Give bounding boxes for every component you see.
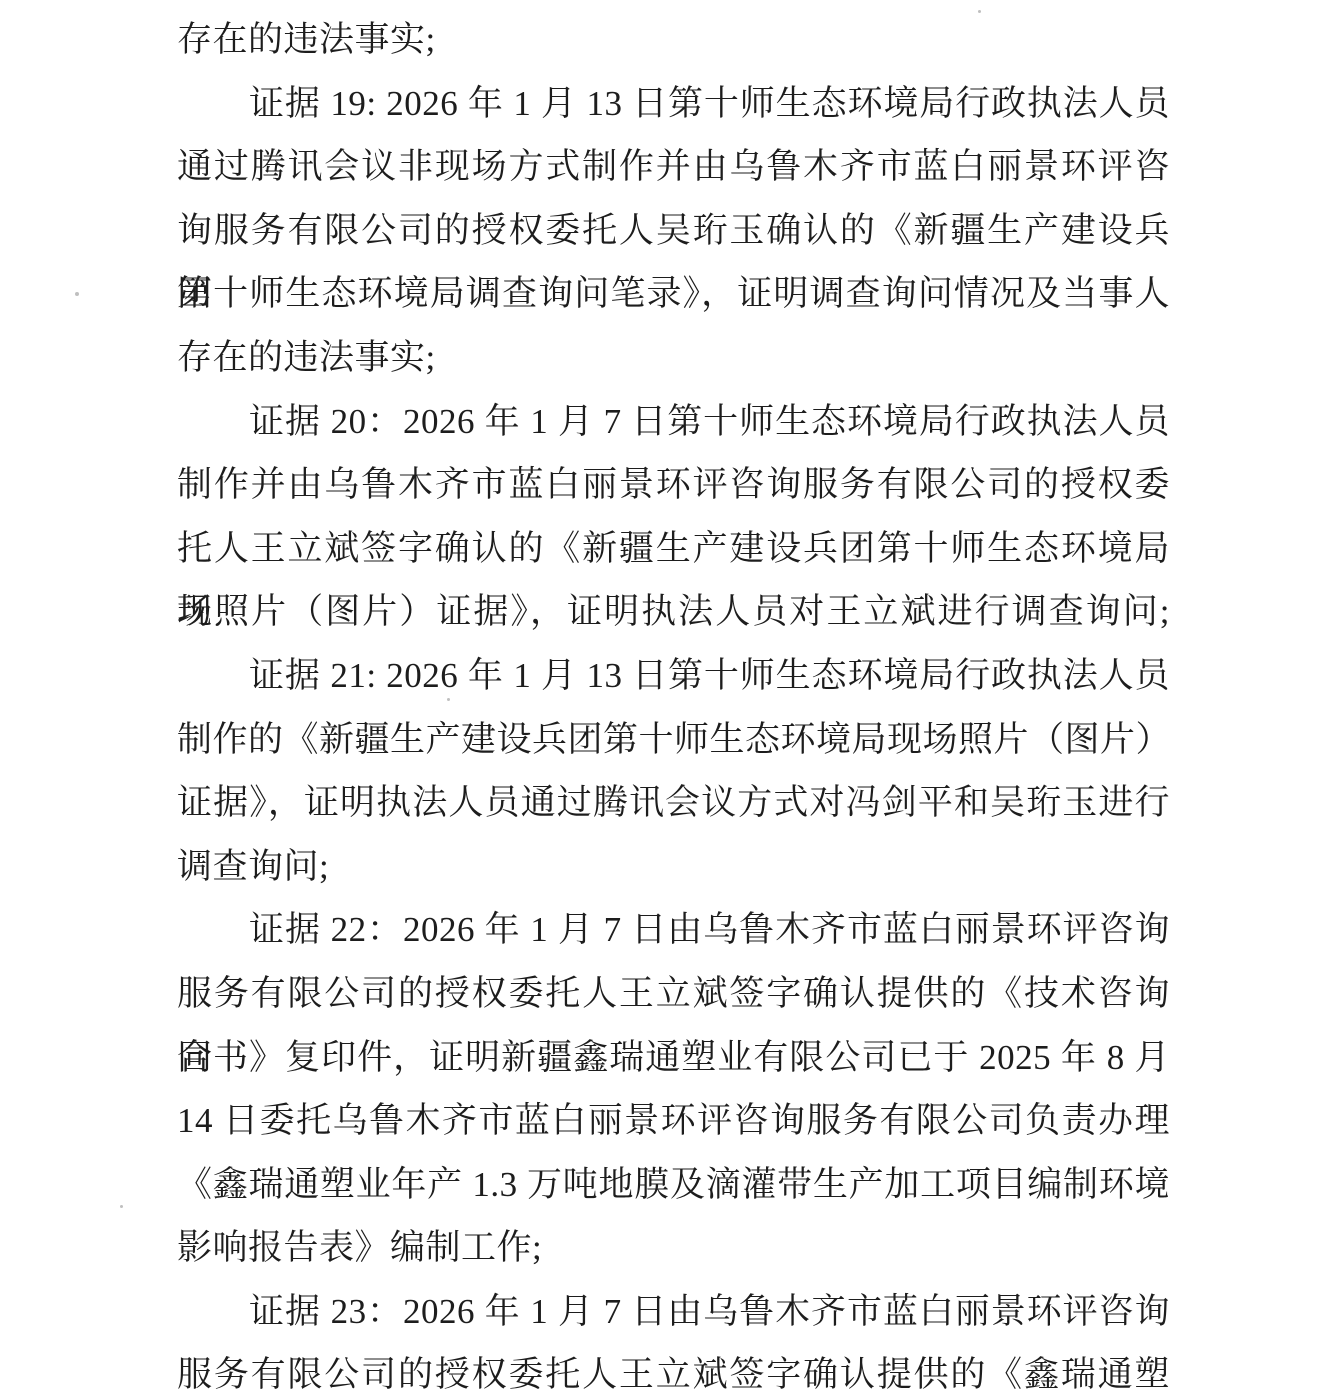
text-line: 14 日委托乌鲁木齐市蓝白丽景环评咨询服务有限公司负责办理 (177, 1089, 1170, 1153)
text-line: 通过腾讯会议非现场方式制作并由乌鲁木齐市蓝白丽景环评咨 (177, 135, 1170, 199)
para-evidence-22: 证据 22：2026 年 1 月 7 日由乌鲁木齐市蓝白丽景环评咨询服务有限公司… (177, 898, 1170, 1280)
text-line: 服务有限公司的授权委托人王立斌签字确认提供的《鑫瑞通塑业 (177, 1343, 1170, 1400)
text-line: 托人王立斌签字确认的《新疆生产建设兵团第十师生态环境局现 (177, 517, 1170, 581)
text-line: 第十师生态环境局调查询问笔录》，证明调查询问情况及当事人 (177, 262, 1170, 326)
text-line: 证据 20：2026 年 1 月 7 日第十师生态环境局行政执法人员 (177, 390, 1170, 454)
text-line: 服务有限公司的授权委托人王立斌签字确认提供的《技术咨询合 (177, 962, 1170, 1026)
para-evidence-20: 证据 20：2026 年 1 月 7 日第十师生态环境局行政执法人员制作并由乌鲁… (177, 390, 1170, 644)
text-line: 询服务有限公司的授权委托人吴珩玉确认的《新疆生产建设兵团 (177, 199, 1170, 263)
para-evidence-21: 证据 21: 2026 年 1 月 13 日第十师生态环境局行政执法人员制作的《… (177, 644, 1170, 898)
text-line: 证据 23：2026 年 1 月 7 日由乌鲁木齐市蓝白丽景环评咨询 (177, 1280, 1170, 1344)
scan-speck (75, 292, 79, 296)
text-line: 证据》，证明执法人员通过腾讯会议方式对冯剑平和吴珩玉进行 (177, 771, 1170, 835)
scan-speck (120, 1205, 123, 1208)
text-line: 证据 21: 2026 年 1 月 13 日第十师生态环境局行政执法人员 (177, 644, 1170, 708)
para-evidence-19: 证据 19: 2026 年 1 月 13 日第十师生态环境局行政执法人员通过腾讯… (177, 72, 1170, 390)
text-line: 制作的《新疆生产建设兵团第十师生态环境局现场照片（图片） (177, 708, 1170, 772)
scan-speck (978, 10, 981, 13)
text-line: 制作并由乌鲁木齐市蓝白丽景环评咨询服务有限公司的授权委 (177, 453, 1170, 517)
text-line: 调查询问; (177, 835, 1170, 899)
text-line: 存在的违法事实; (177, 8, 1170, 72)
text-line: 《鑫瑞通塑业年产 1.3 万吨地膜及滴灌带生产加工项目编制环境 (177, 1153, 1170, 1217)
document-page: 存在的违法事实;证据 19: 2026 年 1 月 13 日第十师生态环境局行政… (177, 8, 1170, 1400)
text-line: 证据 22：2026 年 1 月 7 日由乌鲁木齐市蓝白丽景环评咨询 (177, 898, 1170, 962)
text-line: 场照片（图片）证据》，证明执法人员对王立斌进行调查询问; (177, 580, 1170, 644)
text-line: 证据 19: 2026 年 1 月 13 日第十师生态环境局行政执法人员 (177, 72, 1170, 136)
text-line: 同书》复印件，证明新疆鑫瑞通塑业有限公司已于 2025 年 8 月 (177, 1026, 1170, 1090)
scan-speck (447, 698, 450, 701)
para-continuation: 存在的违法事实; (177, 8, 1170, 72)
text-line: 存在的违法事实; (177, 326, 1170, 390)
para-evidence-23: 证据 23：2026 年 1 月 7 日由乌鲁木齐市蓝白丽景环评咨询服务有限公司… (177, 1280, 1170, 1400)
text-line: 影响报告表》编制工作; (177, 1216, 1170, 1280)
